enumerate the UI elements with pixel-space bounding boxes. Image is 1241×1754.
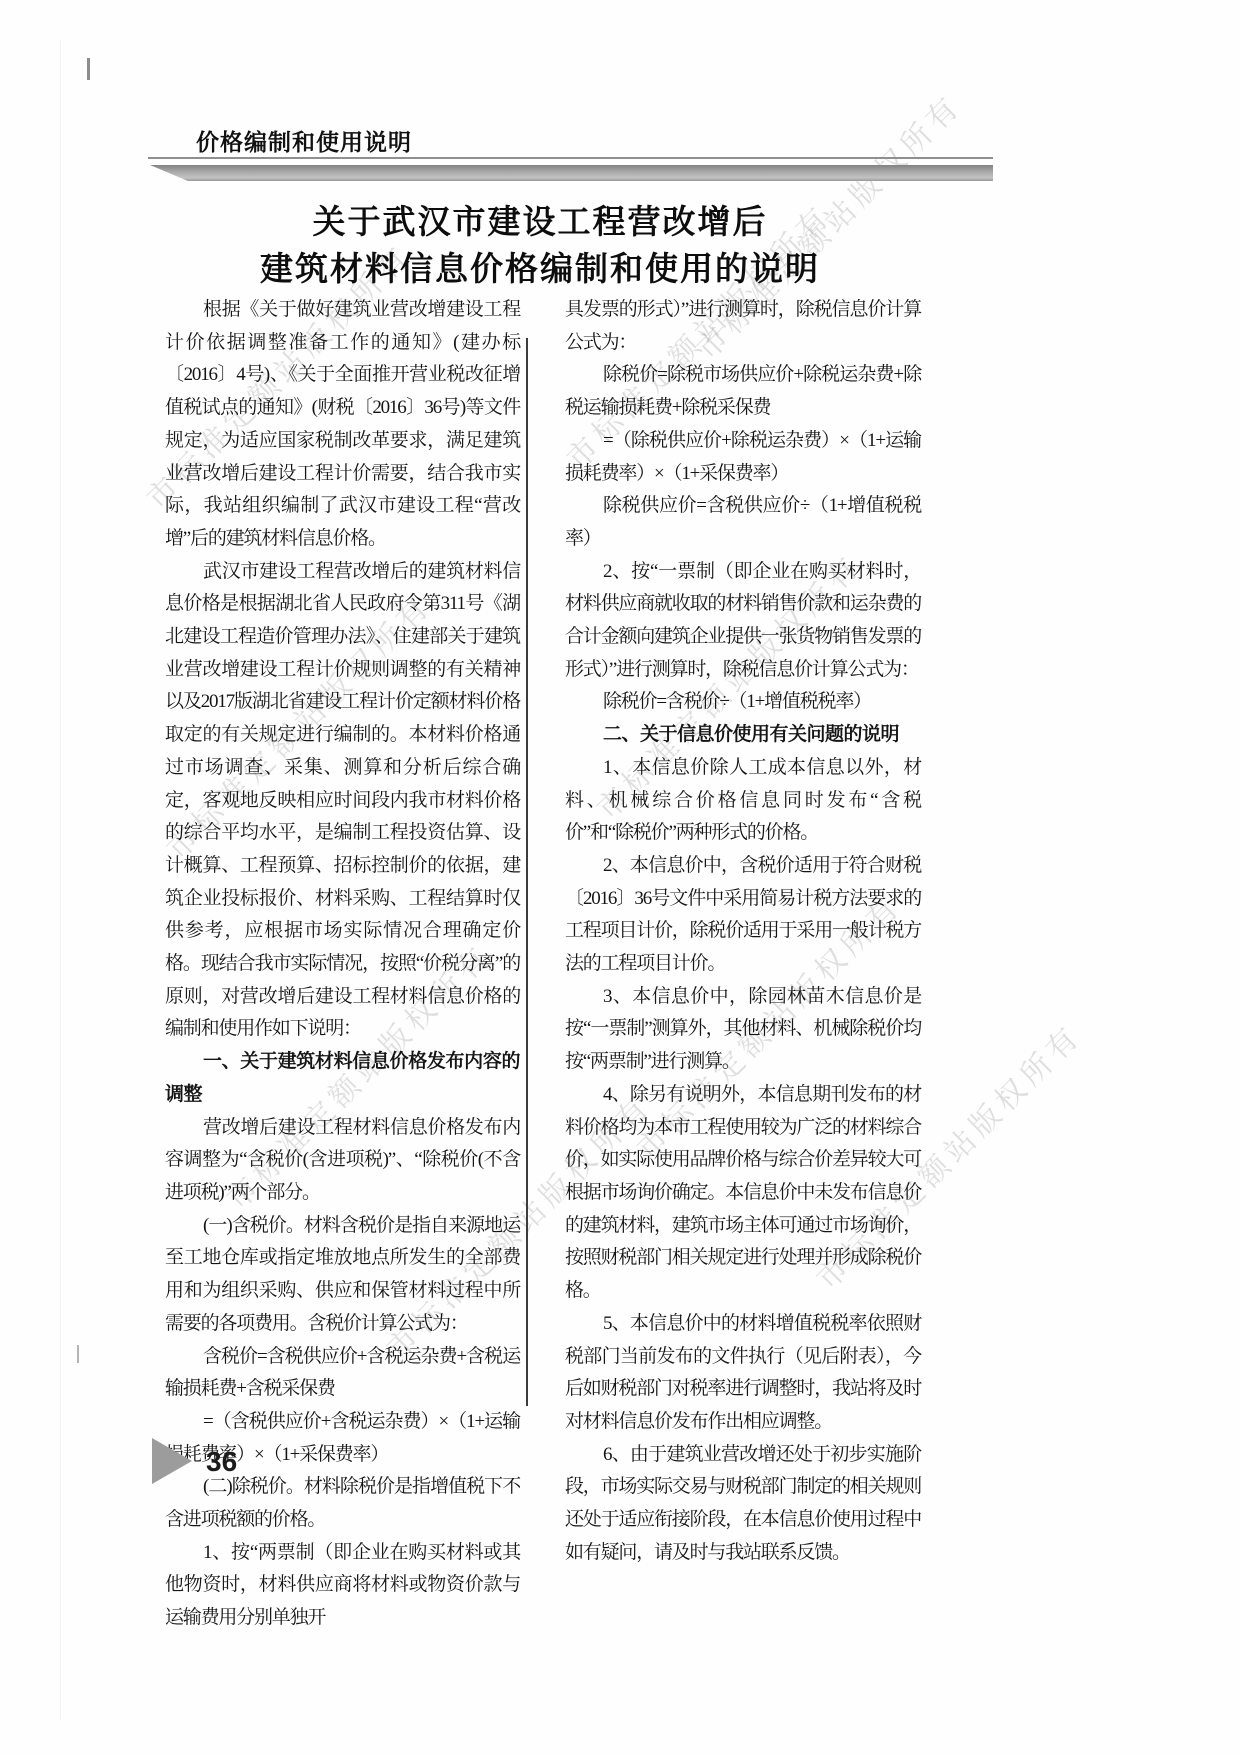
- doc-title: 关于武汉市建设工程营改增后 建筑材料信息价格编制和使用的说明: [160, 198, 920, 292]
- paragraph: 2、按“一票制（即企业在购买材料时，材料供应商就收取的材料销售价款和运杂费的合计…: [565, 556, 921, 687]
- paragraph: 5、本信息价中的材料增值税税率依照财税部门当前发布的文件执行（见后附表），今后如…: [565, 1308, 921, 1439]
- paragraph: 含税价=含税供应价+含税运杂费+含税运输损耗费+含税采保费: [165, 1341, 520, 1406]
- paragraph: 武汉市建设工程营改增后的建筑材料信息价格是根据湖北省人民政府令第311号《湖北建…: [165, 556, 520, 1047]
- right-column: 具发票的形式）”进行测算时，除税信息价计算公式为：除税价=除税市场供应价+除税运…: [565, 294, 921, 1569]
- page-marker-icon: [152, 1438, 192, 1484]
- paragraph: 2、本信息价中，含税价适用于符合财税〔2016〕36号文件中采用简易计税方法要求…: [565, 850, 921, 981]
- paragraph: (一)含税价。材料含税价是指自来源地运至工地仓库或指定堆放地点所发生的全部费用和…: [165, 1210, 520, 1341]
- paragraph: 具发票的形式）”进行测算时，除税信息价计算公式为：: [565, 294, 921, 359]
- header-ribbon: [150, 165, 993, 181]
- crop-mark-bottom: [77, 1345, 79, 1363]
- paragraph: 除税供应价=含税供应价÷（1+增值税税率）: [565, 490, 921, 555]
- section-label: 价格编制和使用说明: [196, 124, 412, 157]
- crop-mark-top: [87, 58, 90, 80]
- document-page: 市标准定额站版权所有 市标准定额站版权所有 市标准定额站版权所有 市标准定额站版…: [0, 0, 1241, 1754]
- paragraph: (二)除税价。材料除税价是指增值税下不含进项税额的价格。: [165, 1471, 520, 1536]
- paragraph: 1、本信息价除人工成本信息以外，材料、机械综合价格信息同时发布“含税价”和“除税…: [565, 752, 921, 850]
- paragraph: 营改增后建设工程材料信息价格发布内容调整为“含税价(含进项税)”、“除税价(不含…: [165, 1112, 520, 1210]
- paragraph: 根据《关于做好建筑业营改增建设工程计价依据调整准备工作的通知》(建办标〔2016…: [165, 294, 520, 556]
- doc-title-line2: 建筑材料信息价格编制和使用的说明: [160, 245, 920, 292]
- page-number: 36: [206, 1446, 237, 1478]
- scan-artifact-line: [60, 40, 61, 1720]
- paragraph: 3、本信息价中，除园林苗木信息价是按“一票制”测算外，其他材料、机械除税价均按“…: [565, 981, 921, 1079]
- paragraph: 除税价=含税价÷（1+增值税税率）: [565, 686, 921, 719]
- two-column-body: 根据《关于做好建筑业营改增建设工程计价依据调整准备工作的通知》(建办标〔2016…: [165, 294, 921, 1416]
- paragraph: =（除税供应价+除税运杂费）×（1+运输损耗费率）×（1+采保费率）: [565, 425, 921, 490]
- doc-title-line1: 关于武汉市建设工程营改增后: [160, 198, 920, 245]
- paragraph: 一、关于建筑材料信息价格发布内容的调整: [165, 1046, 520, 1111]
- paragraph: 6、由于建筑业营改增还处于初步实施阶段，市场实际交易与财税部门制定的相关规则还处…: [565, 1439, 921, 1570]
- paragraph: 1、按“两票制（即企业在购买材料或其他物资时，材料供应商将材料或物资价款与运输费…: [165, 1537, 520, 1635]
- column-divider: [526, 338, 528, 1406]
- left-column: 根据《关于做好建筑业营改增建设工程计价依据调整准备工作的通知》(建办标〔2016…: [165, 294, 520, 1635]
- paragraph: 4、除另有说明外，本信息期刊发布的材料价格均为本市工程使用较为广泛的材料综合价，…: [565, 1079, 921, 1308]
- paragraph: 除税价=除税市场供应价+除税运杂费+除税运输损耗费+除税采保费: [565, 359, 921, 424]
- header-rule: [148, 157, 993, 159]
- paragraph: 二、关于信息价使用有关问题的说明: [565, 719, 921, 752]
